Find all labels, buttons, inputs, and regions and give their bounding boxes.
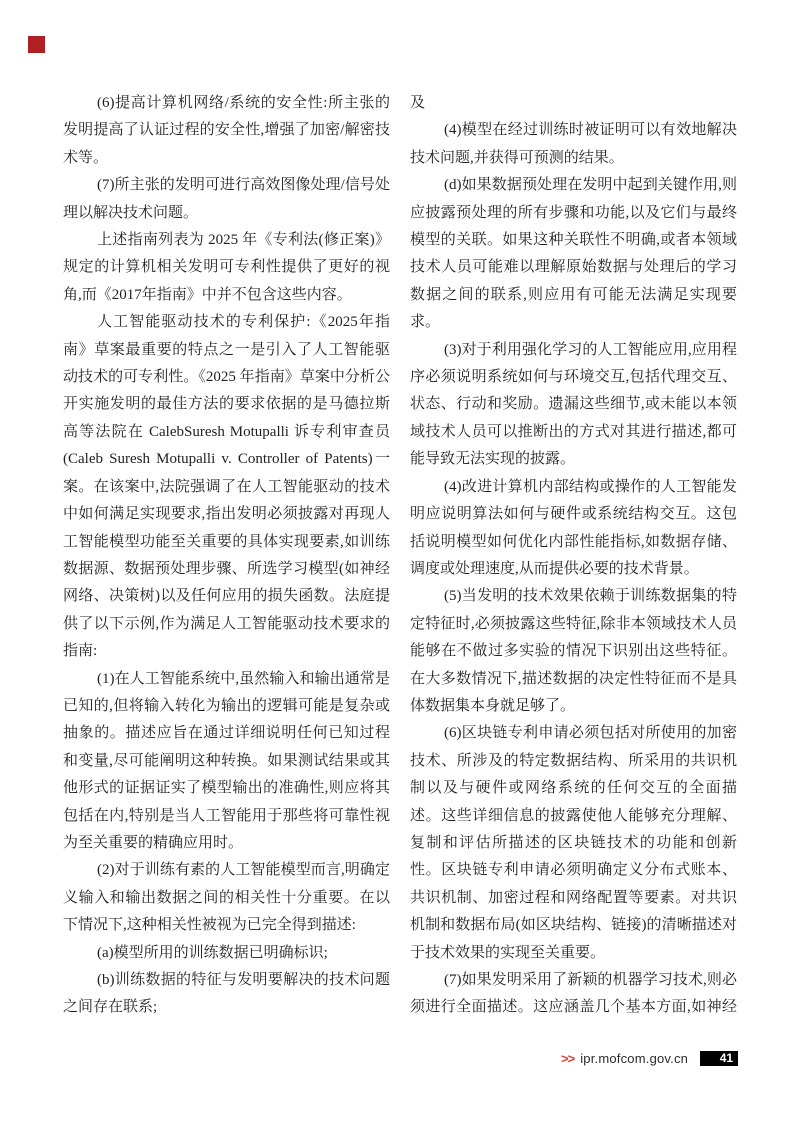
text-column-right: 及(4)模型在经过训练时被证明可以有效地解决技术问题,并获得可预测的结果。(d)… — [410, 90, 737, 1024]
paragraph: 人工智能驱动技术的专利保护:《2025年指南》草案最重要的特点之一是引入了人工智… — [63, 309, 390, 665]
paragraph: (1)在人工智能系统中,虽然输入和输出通常是已知的,但将输入转化为输出的逻辑可能… — [63, 666, 390, 858]
paragraph: (a)模型所用的训练数据已明确标识; — [63, 940, 390, 967]
text-column-left: (6)提高计算机网络/系统的安全性:所主张的发明提高了认证过程的安全性,增强了加… — [63, 90, 390, 1024]
paragraph: (4)模型在经过训练时被证明可以有效地解决技术问题,并获得可预测的结果。 — [410, 117, 737, 172]
paragraph: (7)所主张的发明可进行高效图像处理/信号处理以解决技术问题。 — [63, 172, 390, 227]
footer-url: ipr.mofcom.gov.cn — [580, 1052, 688, 1065]
page-number-box: 41 — [700, 1051, 738, 1066]
paragraph: (b)训练数据的特征与发明要解决的技术问题之间存在联系; — [63, 967, 390, 1022]
paragraph: (3)对于利用强化学习的人工智能应用,应用程序必须说明系统如何与环境交互,包括代… — [410, 337, 737, 474]
paragraph: 及 — [410, 90, 737, 117]
paragraph: (6)区块链专利申请必须包括对所使用的加密技术、所涉及的特定数据结构、所采用的共… — [410, 720, 737, 967]
paragraph: (6)提高计算机网络/系统的安全性:所主张的发明提高了认证过程的安全性,增强了加… — [63, 90, 390, 172]
paragraph: (7)如果发明采用了新颖的机器学习技术,则必须进行全面描述。这应涵盖几个基本方面… — [410, 967, 737, 1024]
paragraph: (5)当发明的技术效果依赖于训练数据集的特定特征时,必须披露这些特征,除非本领域… — [410, 583, 737, 720]
page-number: 41 — [720, 1052, 733, 1064]
paragraph: (c)全面描述具体的学习模型和训练方法;以 — [63, 1022, 390, 1024]
double-chevron-icon: >> — [561, 1052, 574, 1065]
document-page: (6)提高计算机网络/系统的安全性:所主张的发明提高了认证过程的安全性,增强了加… — [0, 0, 794, 1123]
paragraph: (4)改进计算机内部结构或操作的人工智能发明应说明算法如何与硬件或系统结构交互。… — [410, 474, 737, 584]
paragraph: 上述指南列表为 2025 年《专利法(修正案)》规定的计算机相关发明可专利性提供… — [63, 227, 390, 309]
paragraph: (d)如果数据预处理在发明中起到关键作用,则应披露预处理的所有步骤和功能,以及它… — [410, 172, 737, 336]
corner-accent-square — [28, 36, 45, 53]
paragraph: (2)对于训练有素的人工智能模型而言,明确定义输入和输出数据之间的相关性十分重要… — [63, 857, 390, 939]
page-footer: >> ipr.mofcom.gov.cn 41 — [561, 1049, 738, 1067]
